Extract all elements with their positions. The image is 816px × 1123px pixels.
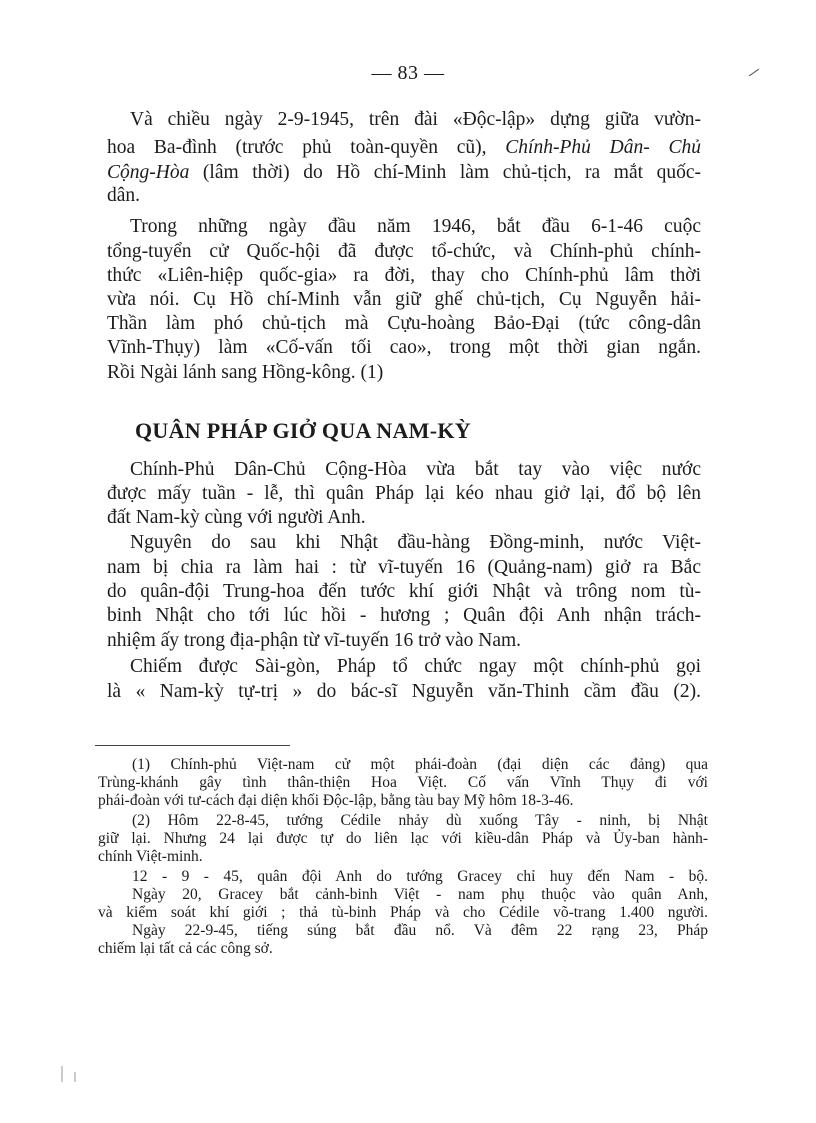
footnote-line: giữ lại. Nhưng 24 lại được tự do liên lạ… xyxy=(98,830,708,848)
text-line: do quân-đội Trung-hoa đến tước khí giới … xyxy=(107,580,701,604)
text-line: vừa nói. Cụ Hồ chí-Minh vẫn giữ ghế chủ-… xyxy=(107,288,701,312)
footnote-divider xyxy=(95,745,290,746)
text-line: Chiếm được Sài-gòn, Pháp tổ chức ngay mộ… xyxy=(130,655,701,679)
text-line: Và chiều ngày 2-9-1945, trên đài «Độc-lậ… xyxy=(130,108,701,132)
text-line: dân. xyxy=(107,184,701,208)
text-line: Chính-Phủ Dân-Chủ Cộng-Hòa vừa bắt tay v… xyxy=(130,458,701,482)
scan-mark xyxy=(74,1072,76,1082)
document-page: — 83 — Và chiều ngày 2-9-1945, trên đài … xyxy=(0,0,816,1123)
text-line: đất Nam-kỳ cùng với người Anh. xyxy=(107,506,701,530)
text-span: hoa Ba-đình (trước phủ toàn-quyền cũ), xyxy=(107,137,505,158)
footnote-line: chính Việt-minh. xyxy=(98,848,708,866)
scan-mark xyxy=(61,1066,63,1082)
text-line: Rồi Ngài lánh sang Hồng-kông. (1) xyxy=(107,361,701,385)
text-line: tổng-tuyển cử Quốc-hội đã được tổ-chức, … xyxy=(107,240,701,264)
text-line: nam bị chia ra làm hai : từ vĩ-tuyến 16 … xyxy=(107,556,701,580)
text-line: thức «Liên-hiệp quốc-gia» ra đời, thay c… xyxy=(107,264,701,288)
footnote-line: 12 - 9 - 45, quân đội Anh do tướng Grace… xyxy=(132,868,708,886)
text-line: Nguyên do sau khi Nhật đầu-hàng Đồng-min… xyxy=(130,531,701,555)
footnote-line: và kiểm soát khí giới ; thả tù-binh Pháp… xyxy=(98,904,708,922)
footnote-line: Trùng-khánh gây tình thân-thiện Hoa Việt… xyxy=(98,774,708,792)
text-span: (lâm thời) do Hồ chí-Minh làm chủ-tịch, … xyxy=(189,162,701,183)
text-line: Trong những ngày đầu năm 1946, bắt đầu 6… xyxy=(130,215,701,239)
section-heading: QUÂN PHÁP GIỞ QUA NAM-KỲ xyxy=(135,418,471,444)
text-line: Vĩnh-Thụy) làm «Cố-vấn tối cao», trong m… xyxy=(107,336,701,360)
footnote-line: Ngày 20, Gracey bắt cảnh-binh Việt - nam… xyxy=(132,886,708,904)
text-line: nhiệm ấy trong địa-phận từ vĩ-tuyến 16 t… xyxy=(107,629,701,653)
footnote-line: phái-đoàn với tư-cách đại diện khối Độc-… xyxy=(98,792,708,810)
text-line: binh Nhật cho tới lúc hồi - hương ; Quân… xyxy=(107,604,701,628)
text-line: Thần làm phó chủ-tịch mà Cựu-hoàng Bảo-Đ… xyxy=(107,312,701,336)
footnote-line: (2) Hôm 22-8-45, tướng Cédile nhảy dù xu… xyxy=(132,812,708,830)
text-line: được mấy tuần - lễ, thì quân Pháp lại ké… xyxy=(107,482,701,506)
footnote-line: chiếm lại tất cả các công sở. xyxy=(98,940,708,958)
footnote-line: (1) Chính-phủ Việt-nam cử một phái-đoàn … xyxy=(132,756,708,774)
italic-phrase: Cộng-Hòa xyxy=(107,162,189,183)
text-line: Cộng-Hòa (lâm thời) do Hồ chí-Minh làm c… xyxy=(107,161,701,185)
italic-phrase: Chính-Phủ Dân- Chủ xyxy=(505,137,701,158)
page-number: — 83 — xyxy=(0,62,816,85)
footnote-line: Ngày 22-9-45, tiếng súng bắt đầu nổ. Và … xyxy=(132,922,708,940)
text-line: là « Nam-kỳ tự-trị » do bác-sĩ Nguyễn vă… xyxy=(107,680,701,704)
text-line: hoa Ba-đình (trước phủ toàn-quyền cũ), C… xyxy=(107,136,701,160)
